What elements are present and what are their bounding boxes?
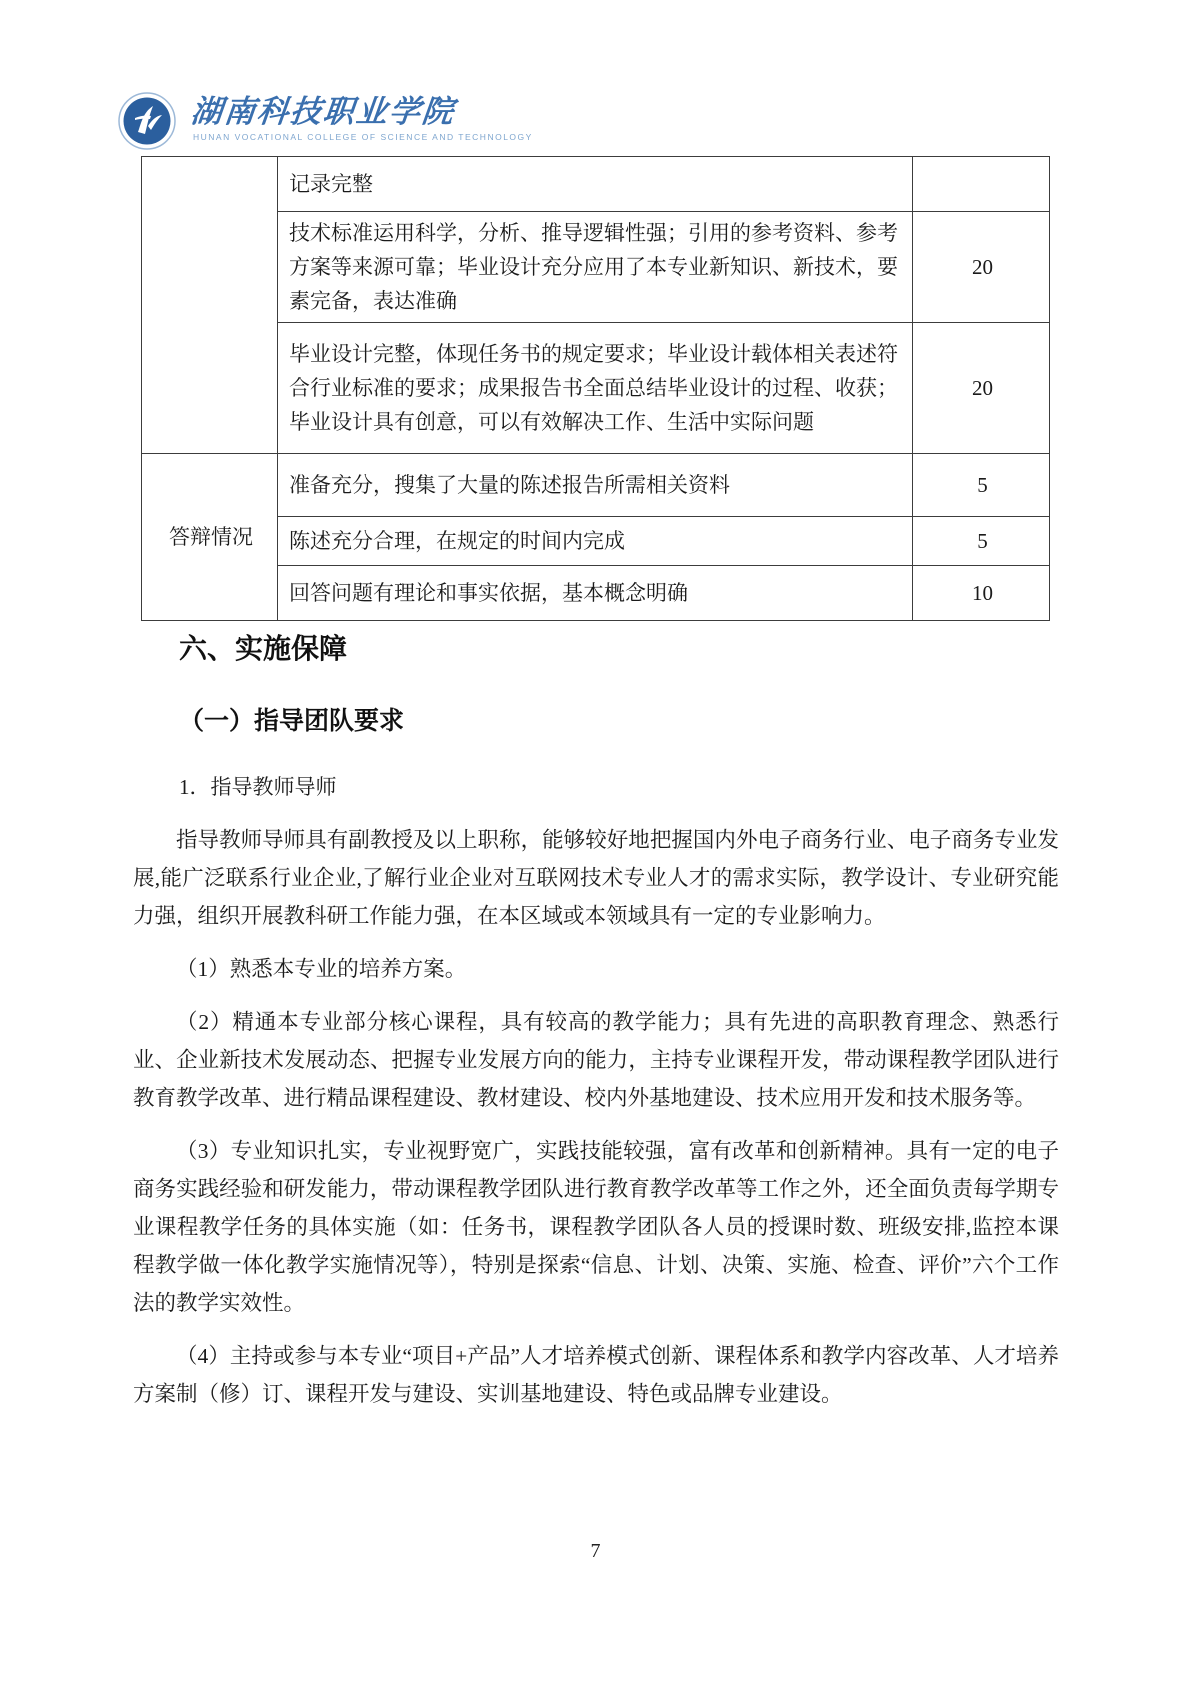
school-emblem-icon bbox=[118, 92, 176, 150]
body-paragraph: （4）主持或参与本专业“项目+产品”人才培养模式创新、课程体系和教学内容改革、人… bbox=[133, 1337, 1059, 1413]
paragraph-container: 指导教师导师具有副教授及以上职称，能够较好地把握国内外电子商务行业、电子商务专业… bbox=[133, 821, 1059, 1413]
school-logo: 湖南科技职业学院 HUNAN VOCATIONAL COLLEGE OF SCI… bbox=[118, 92, 533, 150]
score-cell: 5 bbox=[913, 517, 1050, 566]
item-heading: 1．指导教师导师 bbox=[179, 773, 1059, 801]
criteria-cell: 技术标准运用科学，分析、推导逻辑性强；引用的参考资料、参考方案等来源可靠；毕业设… bbox=[278, 212, 913, 323]
school-name-english: HUNAN VOCATIONAL COLLEGE OF SCIENCE AND … bbox=[193, 132, 533, 143]
category-cell bbox=[142, 157, 278, 454]
body-paragraph: （1）熟悉本专业的培养方案。 bbox=[133, 950, 1059, 988]
school-name-block: 湖南科技职业学院 HUNAN VOCATIONAL COLLEGE OF SCI… bbox=[191, 92, 533, 143]
score-cell: 20 bbox=[913, 212, 1050, 323]
table-row: 陈述充分合理，在规定的时间内完成5 bbox=[142, 517, 1050, 566]
table-row: 答辩情况准备充分，搜集了大量的陈述报告所需相关资料5 bbox=[142, 454, 1050, 517]
criteria-cell: 记录完整 bbox=[278, 157, 913, 212]
criteria-cell: 准备充分，搜集了大量的陈述报告所需相关资料 bbox=[278, 454, 913, 517]
score-cell: 5 bbox=[913, 454, 1050, 517]
evaluation-score-table: 记录完整技术标准运用科学，分析、推导逻辑性强；引用的参考资料、参考方案等来源可靠… bbox=[141, 156, 1050, 621]
table-row: 技术标准运用科学，分析、推导逻辑性强；引用的参考资料、参考方案等来源可靠；毕业设… bbox=[142, 212, 1050, 323]
section-heading: 六、实施保障 bbox=[179, 632, 1059, 666]
subsection-heading: （一）指导团队要求 bbox=[179, 706, 1059, 737]
score-cell: 20 bbox=[913, 323, 1050, 454]
document-page: 湖南科技职业学院 HUNAN VOCATIONAL COLLEGE OF SCI… bbox=[0, 0, 1191, 1684]
table-row: 记录完整 bbox=[142, 157, 1050, 212]
document-body: 六、实施保障 （一）指导团队要求 1．指导教师导师 指导教师导师具有副教授及以上… bbox=[133, 592, 1059, 1413]
body-paragraph: （3）专业知识扎实，专业视野宽广，实践技能较强，富有改革和创新精神。具有一定的电… bbox=[133, 1132, 1059, 1322]
body-paragraph: （2）精通本专业部分核心课程，具有较高的教学能力；具有先进的高职教育理念、熟悉行… bbox=[133, 1003, 1059, 1117]
body-paragraph: 指导教师导师具有副教授及以上职称，能够较好地把握国内外电子商务行业、电子商务专业… bbox=[133, 821, 1059, 935]
criteria-cell: 毕业设计完整，体现任务书的规定要求；毕业设计载体相关表述符合行业标准的要求；成果… bbox=[278, 323, 913, 454]
page-number: 7 bbox=[0, 1540, 1191, 1563]
school-name-chinese: 湖南科技职业学院 bbox=[189, 92, 535, 132]
table-row: 毕业设计完整，体现任务书的规定要求；毕业设计载体相关表述符合行业标准的要求；成果… bbox=[142, 323, 1050, 454]
score-cell bbox=[913, 157, 1050, 212]
criteria-cell: 陈述充分合理，在规定的时间内完成 bbox=[278, 517, 913, 566]
